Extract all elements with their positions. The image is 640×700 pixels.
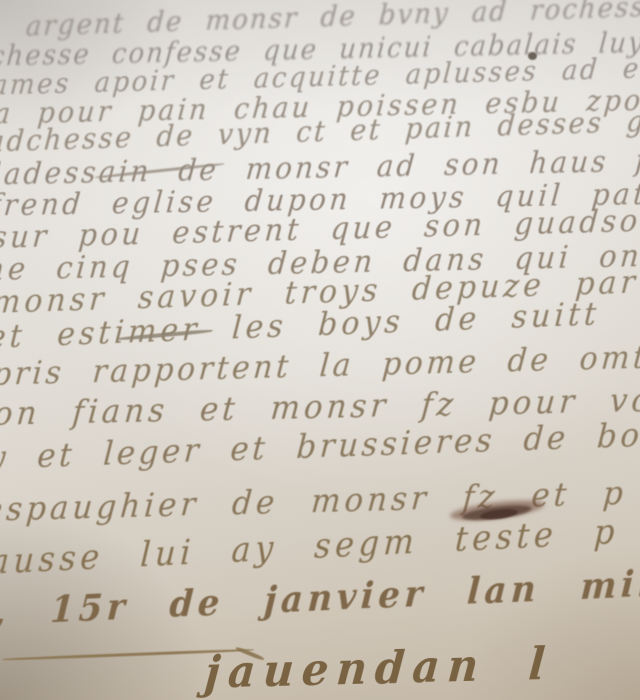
handwriting-line: frend eglise dupon moys quil pat [0, 176, 640, 223]
top-soft-focus-shade [0, 0, 640, 700]
shadow-bottom-left [0, 0, 640, 700]
handwriting-line: a pour pain chau poissen esbu zporcz [0, 83, 640, 131]
handwriting-line: adchesse de vyn ct et pain desses gand [0, 104, 640, 159]
handwriting-line: sur pou estrent que son guadson [0, 201, 640, 255]
handwriting-line: he cinq pses deben dans qui ont a [0, 236, 640, 287]
handwriting-line: jauendan l [203, 637, 555, 698]
handwriting-line: monsr savoir troys depuze par [0, 264, 640, 322]
handwriting-line: ames apoir et acquitte aplusses ad eha [0, 52, 640, 102]
ink-smudge [461, 503, 532, 523]
ink-smudge-core [479, 507, 518, 521]
handwriting-line: chesse confesse que unicui cabalais luy … [0, 26, 640, 73]
manuscript-photo: argent de monsr de bvny ad rochessem ndc… [0, 0, 640, 700]
handwriting-line: y et leger et brussieres de bonab [0, 414, 640, 478]
flourish-swash-upper [95, 162, 225, 179]
handwriting-line: argent de monsr de bvny ad rochessem nd [25, 0, 640, 43]
ink-dot [528, 52, 537, 60]
shadow-top-left [0, 0, 640, 700]
ink-marks [0, 0, 640, 700]
handwriting-line: on fians et monsr fz pour von [0, 381, 640, 434]
flourish-dash-mid [118, 329, 213, 341]
flourish-underline [2, 648, 254, 661]
warm-light-bottom [0, 0, 640, 700]
handwriting-line: pris rapportent la pome de omtb [0, 338, 640, 393]
ink-smudge-halo [449, 496, 545, 523]
flourish-hook [235, 646, 264, 661]
paper-background [0, 0, 640, 700]
handwriting-lines: argent de monsr de bvny ad rochessem ndc… [0, 0, 640, 700]
handwriting-line: ausse lui ay segm teste p [0, 511, 620, 582]
handwriting-line: ladessain de monsr ad son haus fere [0, 142, 640, 192]
handwriting-line: et estimer les boys de suitt [0, 295, 601, 356]
shadow-bottom-right [0, 0, 640, 700]
handwriting-line: , 15r de janvier lan mil d [0, 560, 640, 634]
handwriting-line: espaughier de monsr fz et p [0, 474, 628, 529]
paper-grain-texture [0, 0, 640, 700]
